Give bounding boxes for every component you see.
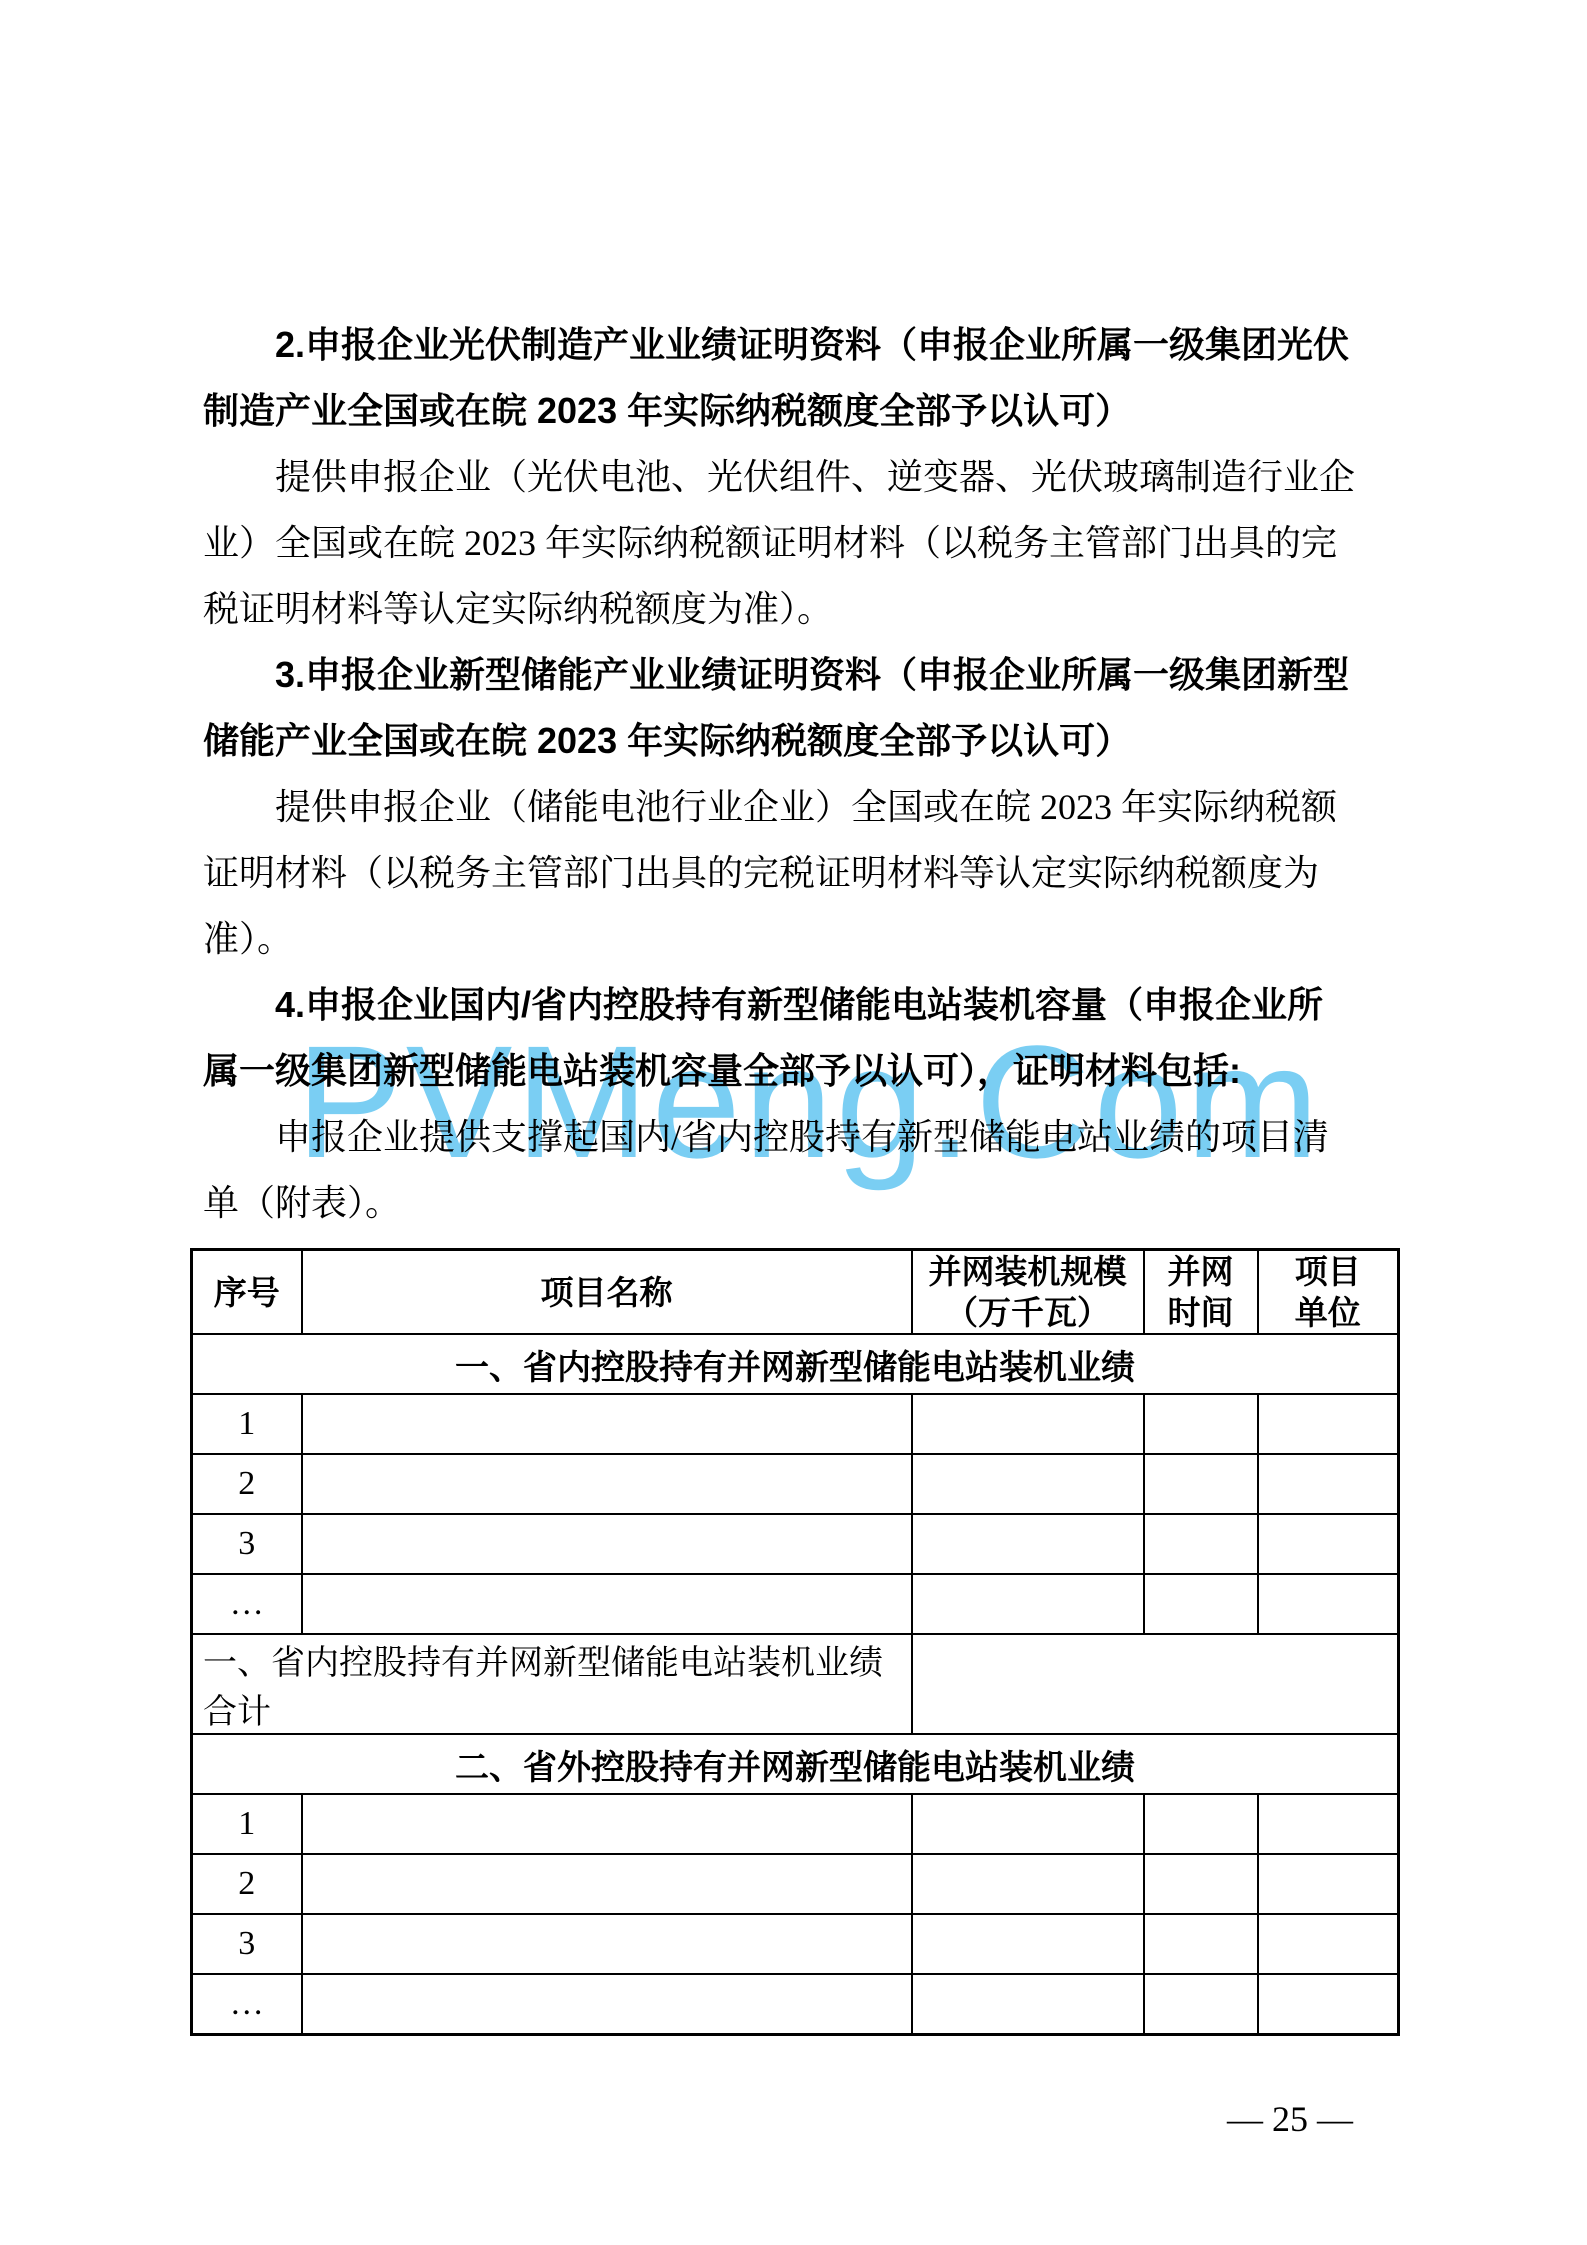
time-cell-empty (1144, 1574, 1258, 1634)
time-cell-empty (1144, 1914, 1258, 1974)
serial-cell: 3 (192, 1914, 302, 1974)
table-header-row: 序号 项目名称 并网装机规模 （万千瓦） 并网 时间 项目 单位 (192, 1250, 1399, 1335)
time-cell-empty (1144, 1974, 1258, 2034)
paragraph-body-2: 提供申报企业（光伏电池、光伏组件、逆变器、光伏玻璃制造行业企 业）全国或在皖 2… (203, 444, 1387, 642)
section-2-title: 二、省外控股持有并网新型储能电站装机业绩 (192, 1734, 1399, 1794)
unit-cell-empty (1258, 1394, 1399, 1454)
project-name-cell-empty (302, 1974, 912, 2034)
table-row: … (192, 1974, 1399, 2034)
serial-cell: 3 (192, 1514, 302, 1574)
project-name-cell-empty (302, 1394, 912, 1454)
serial-cell: … (192, 1974, 302, 2034)
table-row: 2 (192, 1854, 1399, 1914)
table-row: 1 (192, 1394, 1399, 1454)
time-cell-empty (1144, 1394, 1258, 1454)
unit-cell-empty (1258, 1974, 1399, 2034)
unit-cell-empty (1258, 1794, 1399, 1854)
project-name-cell-empty (302, 1454, 912, 1514)
text-block: 2.申报企业光伏制造产业业绩证明资料（申报企业所属一级集团光伏 制造产业全国或在… (203, 312, 1387, 1236)
time-cell-empty (1144, 1514, 1258, 1574)
capacity-cell-empty (912, 1514, 1144, 1574)
capacity-cell-empty (912, 1914, 1144, 1974)
capacity-cell-empty (912, 1974, 1144, 2034)
col-header-project-unit: 项目 单位 (1258, 1250, 1399, 1335)
capacity-cell-empty (912, 1394, 1144, 1454)
unit-cell-empty (1258, 1574, 1399, 1634)
table-row: … (192, 1574, 1399, 1634)
serial-cell: 1 (192, 1794, 302, 1854)
col-header-serial-number: 序号 (192, 1250, 302, 1335)
paragraph-body-4: 申报企业提供支撑起国内/省内控股持有新型储能电站业绩的项目清 单（附表）。 (203, 1104, 1387, 1236)
project-name-cell-empty (302, 1794, 912, 1854)
capacity-cell-empty (912, 1854, 1144, 1914)
table-row: 3 (192, 1914, 1399, 1974)
project-name-cell-empty (302, 1574, 912, 1634)
project-table: 序号 项目名称 并网装机规模 （万千瓦） 并网 时间 项目 单位 一、省内控股持… (190, 1248, 1400, 2036)
section-row-1: 一、省内控股持有并网新型储能电站装机业绩 (192, 1334, 1399, 1394)
section-1-total-label: 一、省内控股持有并网新型储能电站装机业绩合计 (192, 1634, 912, 1734)
col-header-grid-capacity: 并网装机规模 （万千瓦） (912, 1250, 1144, 1335)
project-name-cell-empty (302, 1914, 912, 1974)
capacity-cell-empty (912, 1794, 1144, 1854)
serial-cell: … (192, 1574, 302, 1634)
project-name-cell-empty (302, 1514, 912, 1574)
unit-cell-empty (1258, 1914, 1399, 1974)
col-header-project-name: 项目名称 (302, 1250, 912, 1335)
serial-cell: 2 (192, 1854, 302, 1914)
capacity-cell-empty (912, 1574, 1144, 1634)
time-cell-empty (1144, 1854, 1258, 1914)
paragraph-heading-4: 4.申报企业国内/省内控股持有新型储能电站装机容量（申报企业所 属一级集团新型储… (203, 972, 1387, 1104)
paragraph-heading-3: 3.申报企业新型储能产业业绩证明资料（申报企业所属一级集团新型 储能产业全国或在… (203, 642, 1387, 774)
paragraph-heading-2: 2.申报企业光伏制造产业业绩证明资料（申报企业所属一级集团光伏 制造产业全国或在… (203, 312, 1387, 444)
table-row: 2 (192, 1454, 1399, 1514)
section-row-2: 二、省外控股持有并网新型储能电站装机业绩 (192, 1734, 1399, 1794)
unit-cell-empty (1258, 1454, 1399, 1514)
page-number: — 25 — (1180, 2098, 1400, 2140)
time-cell-empty (1144, 1794, 1258, 1854)
document-page: PVMeng.Com 2.申报企业光伏制造产业业绩证明资料（申报企业所属一级集团… (0, 0, 1587, 2245)
unit-cell-empty (1258, 1854, 1399, 1914)
section-1-title: 一、省内控股持有并网新型储能电站装机业绩 (192, 1334, 1399, 1394)
table-row: 1 (192, 1794, 1399, 1854)
unit-cell-empty (1258, 1514, 1399, 1574)
table-row: 3 (192, 1514, 1399, 1574)
paragraph-body-3: 提供申报企业（储能电池行业企业）全国或在皖 2023 年实际纳税额 证明材料（以… (203, 774, 1387, 972)
project-name-cell-empty (302, 1854, 912, 1914)
time-cell-empty (1144, 1454, 1258, 1514)
serial-cell: 2 (192, 1454, 302, 1514)
capacity-cell-empty (912, 1454, 1144, 1514)
col-header-grid-time: 并网 时间 (1144, 1250, 1258, 1335)
serial-cell: 1 (192, 1394, 302, 1454)
section-1-total-row: 一、省内控股持有并网新型储能电站装机业绩合计 (192, 1634, 1399, 1734)
section-1-total-value-empty (912, 1634, 1399, 1734)
